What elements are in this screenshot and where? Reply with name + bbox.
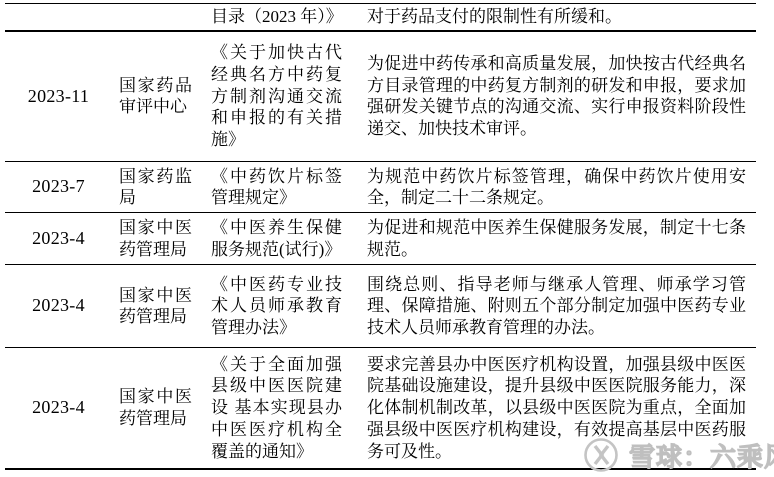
policy-description-cell: 要求完善县办中医医疗机构设置，加强县级中医医院基础设施建设，提升县级中医医院服务… [363,348,756,469]
policy-agency-cell [112,4,206,31]
policy-table: 目录（2023 年）》 对于药品支付的限制性有所缓和。 2023-11 国家药品… [5,3,756,470]
table-row: 2023-4 国家中医药管理局 《关于全面加强县级中医医院建设 基本实现县办中医… [5,348,756,469]
policy-title-cell: 《关于加快古代经典名方中药复方制剂沟通交流和申报的有关措施》 [206,31,363,162]
policy-description-fragment: 对于药品支付的限制性有所缓和。 [363,4,756,31]
policy-date-cell: 2023-4 [5,265,112,348]
policy-date-cell: 2023-4 [5,213,112,265]
policy-date-cell: 2023-4 [5,348,112,469]
policy-agency-cell: 国家中医药管理局 [112,348,206,469]
policy-agency-cell: 国家药品审评中心 [112,31,206,162]
policy-agency-cell: 国家中医药管理局 [112,213,206,265]
policy-title-cell: 《中医养生保健服务规范(试行)》 [206,213,363,265]
policy-agency-cell: 国家中医药管理局 [112,265,206,348]
table-row-carryover: 目录（2023 年）》 对于药品支付的限制性有所缓和。 [5,4,756,31]
table-row: 2023-11 国家药品审评中心 《关于加快古代经典名方中药复方制剂沟通交流和申… [5,31,756,162]
policy-title-cell: 《中药饮片标签管理规定》 [206,162,363,213]
policy-title-fragment: 目录（2023 年）》 [206,4,363,31]
policy-date-cell: 2023-11 [5,31,112,162]
table-row: 2023-4 国家中医药管理局 《中医养生保健服务规范(试行)》 为促进和规范中… [5,213,756,265]
policy-description-cell: 为促进和规范中医养生保健服务发展，制定十七条规范。 [363,213,756,265]
policy-title-cell: 《中医药专业技术人员师承教育管理办法》 [206,265,363,348]
table-row: 2023-4 国家中医药管理局 《中医药专业技术人员师承教育管理办法》 围绕总则… [5,265,756,348]
policy-date-cell [5,4,112,31]
policy-description-cell: 为规范中药饮片标签管理，确保中药饮片使用安全，制定二十二条规定。 [363,162,756,213]
policy-description-cell: 为促进中药传承和高质量发展，加快按古代经典名方目录管理的中药复方制剂的研发和申报… [363,31,756,162]
policy-description-cell: 围绕总则、指导老师与继承人管理、师承学习管理、保障措施、附则五个部分制定加强中医… [363,265,756,348]
policy-date-cell: 2023-7 [5,162,112,213]
policy-title-cell: 《关于全面加强县级中医医院建设 基本实现县办中医医疗机构全覆盖的通知》 [206,348,363,469]
table-row: 2023-7 国家药监局 《中药饮片标签管理规定》 为规范中药饮片标签管理，确保… [5,162,756,213]
policy-agency-cell: 国家药监局 [112,162,206,213]
